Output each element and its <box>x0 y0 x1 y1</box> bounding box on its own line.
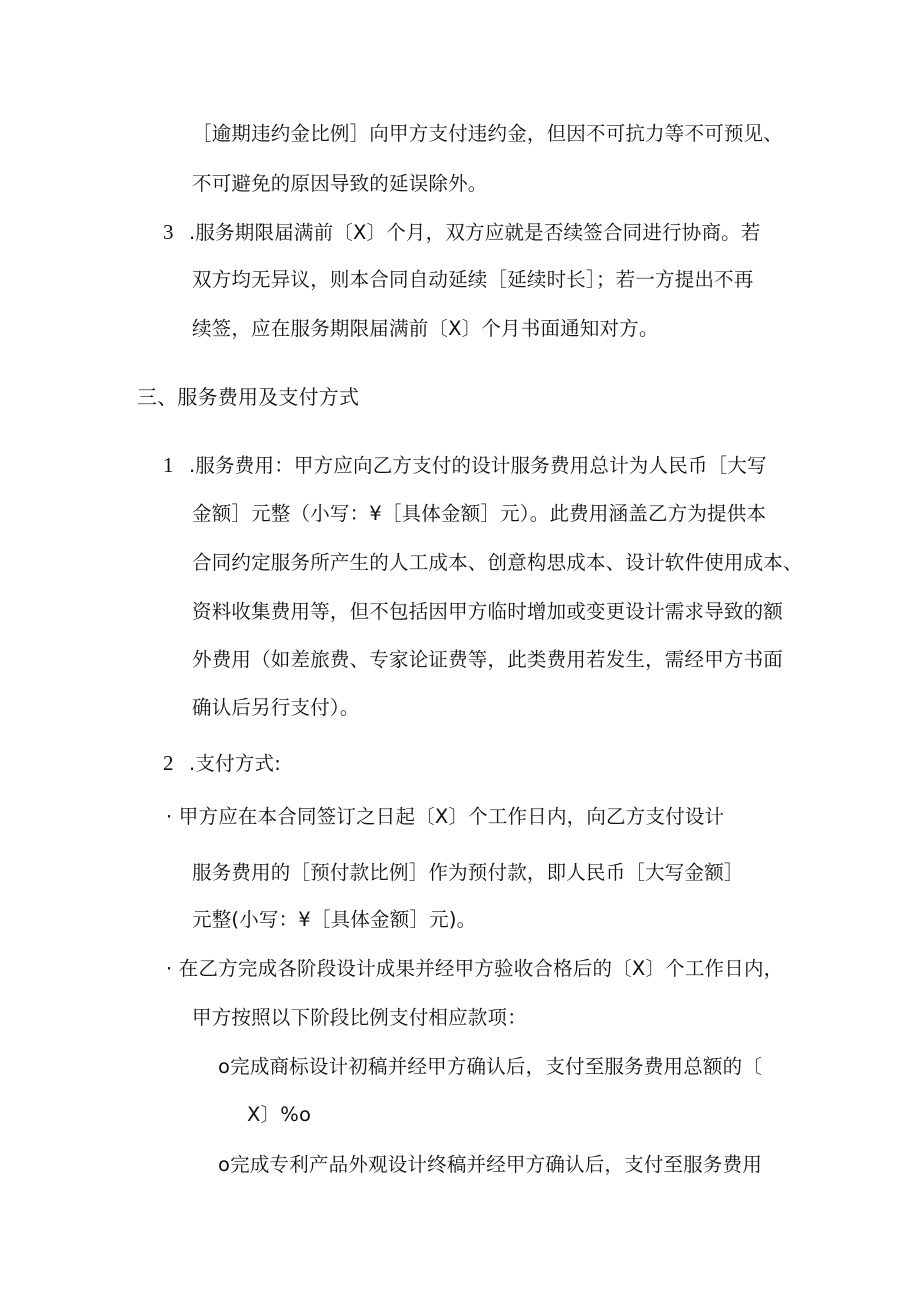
bullet-item-stage-payment: · 在乙方完成各阶段设计成果并经甲方验收合格后的〔X〕个工作日内， <box>166 957 783 981</box>
paragraph-line: 甲方按照以下阶段比例支付相应款项： <box>192 1006 527 1030</box>
paragraph-line: 服务费用的［预付款比例］作为预付款，即人民币［大写金额］ <box>192 861 744 885</box>
paragraph-line: 资料收集费用等，但不包括因甲方临时增加或变更设计需求导致的额 <box>192 600 783 624</box>
clause-number: 2 <box>163 751 189 775</box>
clause-text: .服务费用：甲方应向乙方支付的设计服务费用总计为人民币［大写 <box>189 454 767 477</box>
clause-1-line: 1.服务费用：甲方应向乙方支付的设计服务费用总计为人民币［大写 <box>163 453 767 478</box>
paragraph-line: 不可避免的原因导致的延误除外。 <box>192 172 488 196</box>
clause-number: 3 <box>163 220 189 244</box>
document-page: ［逾期违约金比例］向甲方支付违约金，但因不可抗力等不可预见、 不可避免的原因导致… <box>0 0 920 1301</box>
paragraph-line: 外费用（如差旅费、专家论证费等，此类费用若发生，需经甲方书面 <box>192 648 783 672</box>
bullet-item-prepayment: · 甲方应在本合同签订之日起〔X〕个工作日内，向乙方支付设计 <box>166 805 724 829</box>
section-heading: 三、服务费用及支付方式 <box>137 385 359 409</box>
sub-item-continuation: X〕%o <box>247 1103 311 1127</box>
paragraph-line: 元整(小写：¥［具体金额］元)。 <box>192 908 476 932</box>
clause-text: .服务期限届满前〔X〕个月，双方应就是否续签合同进行协商。若 <box>189 221 761 244</box>
paragraph-line: 合同约定服务所产生的人工成本、创意构思成本、设计软件使用成本、 <box>192 551 803 575</box>
paragraph-line: ［逾期违约金比例］向甲方支付违约金，但因不可抗力等不可预见、 <box>192 122 783 146</box>
clause-title: .支付方式: <box>189 752 281 775</box>
paragraph-line: 双方均无异议，则本合同自动延续［延续时长］；若一方提出不再 <box>192 268 754 292</box>
sub-item-patent-final: o完成专利产品外观设计终稿并经甲方确认后，支付至服务费用 <box>218 1153 762 1177</box>
paragraph-line: 金额］元整（小写：¥［具体金额］元）。此费用涵盖乙方为提供本 <box>192 502 766 526</box>
clause-3-line: 3.服务期限届满前〔X〕个月，双方应就是否续签合同进行协商。若 <box>163 220 761 245</box>
clause-2-line: 2.支付方式: <box>163 751 281 776</box>
sub-item-trademark-draft: o完成商标设计初稿并经甲方确认后，支付至服务费用总额的〔 <box>218 1055 762 1079</box>
clause-number: 1 <box>163 453 189 477</box>
paragraph-line: 确认后另行支付）。 <box>192 696 360 720</box>
paragraph-line: 续签，应在服务期限届满前〔X〕个月书面通知对方。 <box>192 317 659 341</box>
